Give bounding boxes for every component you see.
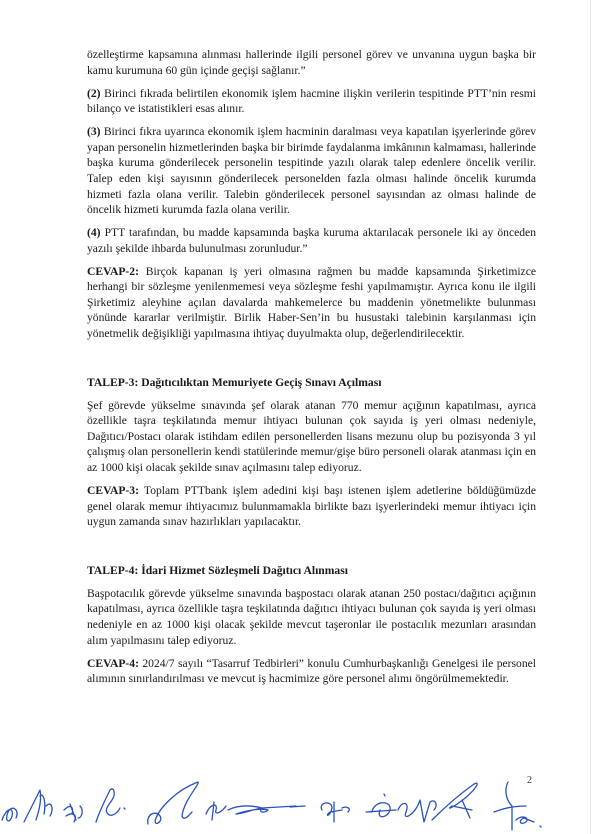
heading-talep-3: TALEP-3: Dağıtıcılıktan Memuriyete Geçiş… xyxy=(87,375,536,391)
paragraph-text: Şef görevde yükselme sınavında şef olara… xyxy=(87,399,536,474)
signature-6 xyxy=(206,802,296,820)
paragraph-cevap-4: CEVAP-4: 2024/7 sayılı “Tasarruf Tedbirl… xyxy=(87,656,536,687)
paragraph-label: CEVAP-3: xyxy=(87,484,139,497)
paragraph-clause-3: (3) Birinci fıkra uyarınca ekonomik işle… xyxy=(87,124,536,218)
page-number: 2 xyxy=(527,775,532,786)
paragraph-text: Toplam PTTbank işlem adedini kişi başı i… xyxy=(87,484,536,528)
paragraph-cevap-2: CEVAP-2: Birçok kapanan iş yeri olmasına… xyxy=(87,264,536,342)
paragraph-label: CEVAP-4: xyxy=(87,657,139,670)
document-body: özelleştirme kapsamına alınması hallerin… xyxy=(87,47,536,694)
heading-talep-4: TALEP-4: İdari Hizmet Sözleşmeli Dağıtıc… xyxy=(87,563,536,579)
signature-9 xyxy=(432,783,477,820)
signature-4 xyxy=(96,789,125,822)
signature-7 xyxy=(290,802,349,822)
signature-1 xyxy=(2,808,17,821)
paragraph-label: (4) xyxy=(87,226,101,239)
paragraph-text: Başpotacılık görevde yükselme sınavında … xyxy=(87,587,536,647)
paragraph-label: CEVAP-2: xyxy=(87,265,139,278)
paragraph-cevap-3: CEVAP-3: Toplam PTTbank işlem adedini ki… xyxy=(87,483,536,530)
paragraph-clause-2: (2) Birinci fıkrada belirtilen ekonomik … xyxy=(87,86,536,117)
paragraph-text: 2024/7 sayılı “Tasarruf Tedbirleri” konu… xyxy=(87,657,536,686)
paragraph-quote-end: özelleştirme kapsamına alınması hallerin… xyxy=(87,47,536,78)
signature-5 xyxy=(148,782,198,824)
paragraph-clause-4: (4) PTT tarafından, bu madde kapsamında … xyxy=(87,225,536,256)
paragraph-text: Birinci fıkrada belirtilen ekonomik işle… xyxy=(87,87,536,116)
signature-row xyxy=(0,770,591,834)
signatures-icon xyxy=(0,770,591,834)
paragraph-text: Birinci fıkra uyarınca ekonomik işlem ha… xyxy=(87,125,536,216)
paragraph-text: özelleştirme kapsamına alınması hallerin… xyxy=(87,48,536,77)
paragraph-talep-4-body: Başpotacılık görevde yükselme sınavında … xyxy=(87,586,536,648)
signature-3 xyxy=(64,804,82,822)
paragraph-label: (2) xyxy=(87,87,101,100)
signature-10 xyxy=(494,782,541,830)
signature-2 xyxy=(24,790,52,822)
signature-8 xyxy=(366,794,436,822)
paragraph-text: PTT tarafından, bu madde kapsamında başk… xyxy=(87,226,536,255)
paragraph-talep-3-body: Şef görevde yükselme sınavında şef olara… xyxy=(87,398,536,476)
paragraph-text: Birçok kapanan iş yeri olmasına rağmen b… xyxy=(87,265,536,340)
paragraph-label: (3) xyxy=(87,125,101,138)
